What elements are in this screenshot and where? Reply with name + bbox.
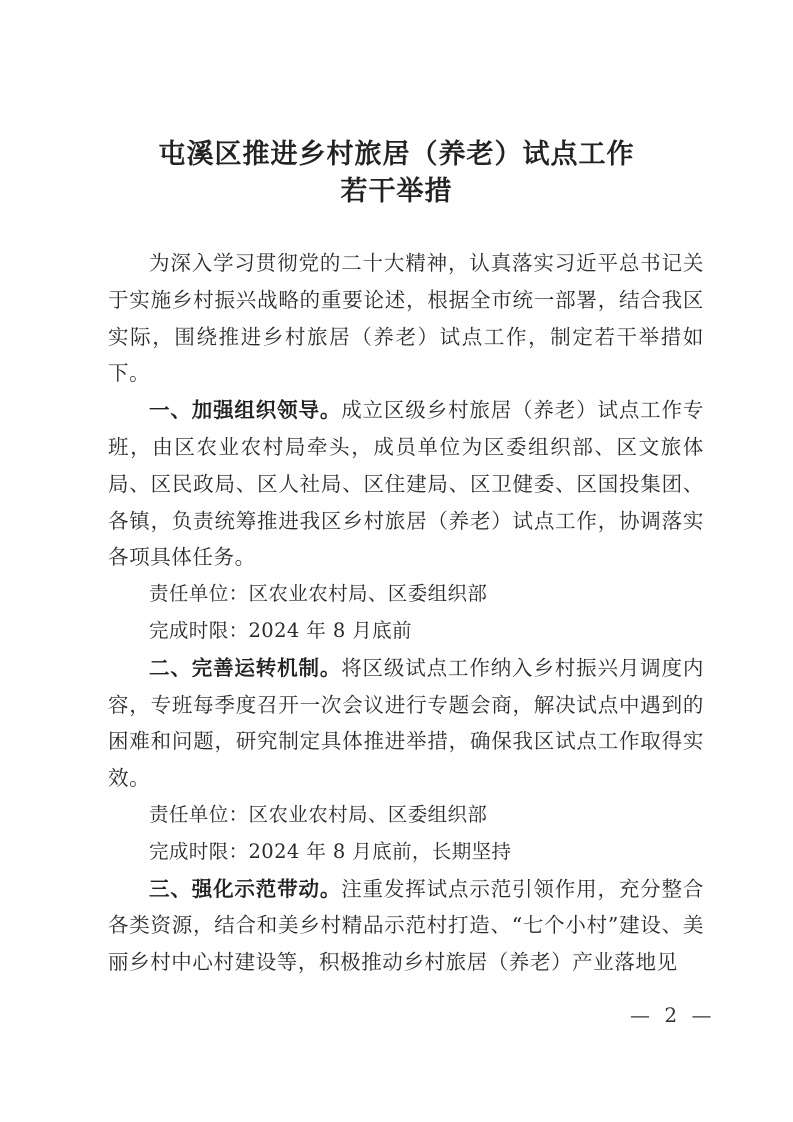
section-1-heading: 一、加强组织领导。 bbox=[149, 398, 341, 422]
section-3-paragraph: 三、强化示范带动。注重发挥试点示范引领作用，充分整合各类资源，结合和美乡村精品示… bbox=[108, 871, 704, 981]
section-1-paragraph: 一、加强组织领导。成立区级乡村旅居（养老）试点工作专班，由区农业农村局牵头，成员… bbox=[108, 392, 704, 576]
intro-paragraph: 为深入学习贯彻党的二十大精神，认真落实习近平总书记关于实施乡村振兴战略的重要论述… bbox=[108, 245, 704, 392]
page-number: — 2 — bbox=[630, 1003, 715, 1027]
document-body: 为深入学习贯彻党的二十大精神，认真落实习近平总书记关于实施乡村振兴战略的重要论述… bbox=[108, 245, 704, 981]
section-1-text: 成立区级乡村旅居（养老）试点工作专班，由区农业农村局牵头，成员单位为区委组织部、… bbox=[108, 398, 704, 569]
section-1-responsible: 责任单位：区农业农村局、区委组织部 bbox=[108, 576, 704, 613]
section-2-deadline: 完成时限：2024 年 8 月底前，长期坚持 bbox=[108, 834, 704, 871]
section-2-responsible: 责任单位：区农业农村局、区委组织部 bbox=[108, 797, 704, 834]
document-title-line1: 屯溪区推进乡村旅居（养老）试点工作 bbox=[0, 132, 793, 171]
section-1-deadline: 完成时限：2024 年 8 月底前 bbox=[108, 613, 704, 650]
document-title-line2: 若干举措 bbox=[0, 169, 793, 208]
section-2-heading: 二、完善运转机制。 bbox=[149, 656, 341, 680]
section-3-heading: 三、强化示范带动。 bbox=[149, 877, 341, 901]
section-2-paragraph: 二、完善运转机制。将区级试点工作纳入乡村振兴月调度内容，专班每季度召开一次会议进… bbox=[108, 650, 704, 797]
